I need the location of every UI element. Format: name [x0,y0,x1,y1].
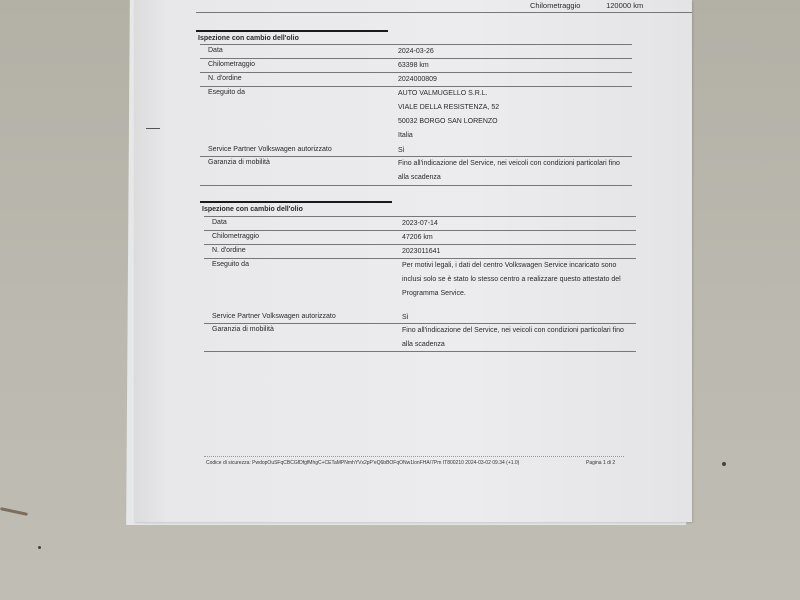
row-mileage: Chilometraggio 63398 km [200,58,632,73]
row-value: 47206 km [402,231,642,245]
row-value: Per motivi legali, i dati del centro Vol… [402,259,642,301]
row-label: Garanzia di mobilità [208,159,270,166]
security-code: PwdopOuSFqCBCGfDfgfMhgC+CETaMPNmhYVx2pP'… [252,460,441,466]
row-label: Garanzia di mobilità [212,326,274,333]
header-mileage-label: Chilometraggio [530,1,604,10]
row-performed-by: Eseguito da AUTO VALMUGELLO S.R.L. VIALE… [200,86,632,145]
divider [196,12,692,13]
row-value: Fino all'indicazione del Service, nei ve… [398,157,638,185]
row-order-number: N. d'ordine 2023011641 [204,244,636,259]
row-value: 63398 km [398,59,638,73]
document-id: IT800210 [443,460,464,466]
row-label: Eseguito da [208,89,245,96]
wall-speck [38,546,41,549]
row-value: 2024000809 [398,73,638,87]
header-mileage-row: Chilometraggio 120000 km [530,1,643,10]
row-label: Service Partner Volkswagen autorizzato [208,146,332,153]
row-label: Service Partner Volkswagen autorizzato [212,313,336,320]
row-value: AUTO VALMUGELLO S.R.L. VIALE DELLA RESIS… [398,87,638,143]
footer-timestamp: 2024-03-02 09.34 (+1.0) [465,460,519,466]
row-date: Data 2023-07-14 [204,216,636,231]
section-bar [196,30,388,32]
row-label: N. d'ordine [212,247,246,254]
margin-mark [146,128,160,129]
row-authorized-partner: Service Partner Volkswagen autorizzato S… [204,311,636,323]
section-bar [200,201,392,203]
row-mileage: Chilometraggio 47206 km [204,230,636,245]
row-mobility-warranty: Garanzia di mobilità Fino all'indicazion… [200,156,632,186]
row-label: Data [212,219,227,226]
row-label: Data [208,47,223,54]
row-label: Chilometraggio [212,233,259,240]
section-title: Ispezione con cambio dell'olio [202,206,303,213]
row-label: N. d'ordine [208,75,242,82]
row-date: Data 2024-03-26 [200,44,632,59]
row-value: 2023011641 [402,245,642,259]
row-label: Eseguito da [212,261,249,268]
row-value: Fino all'indicazione del Service, nei ve… [402,324,642,352]
row-performed-by: Eseguito da Per motivi legali, i dati de… [204,258,636,315]
page-number: Pagina 1 di 2 [586,460,615,466]
row-order-number: N. d'ordine 2024000809 [200,72,632,87]
document-page: Chilometraggio 120000 km Ispezione con c… [134,0,692,522]
row-value: 2024-03-26 [398,45,638,59]
row-mobility-warranty: Garanzia di mobilità Fino all'indicazion… [204,323,636,352]
row-label: Chilometraggio [208,61,255,68]
section-title: Ispezione con cambio dell'olio [198,35,299,42]
page-footer: Codice di sicurezza: PwdopOuSFqCBCGfDfgf… [206,460,519,466]
header-mileage-value: 120000 km [606,1,643,10]
footer-divider [204,456,624,457]
wall-speck [722,462,726,466]
security-code-label: Codice di sicurezza: [206,460,251,466]
row-value: 2023-07-14 [402,217,642,231]
